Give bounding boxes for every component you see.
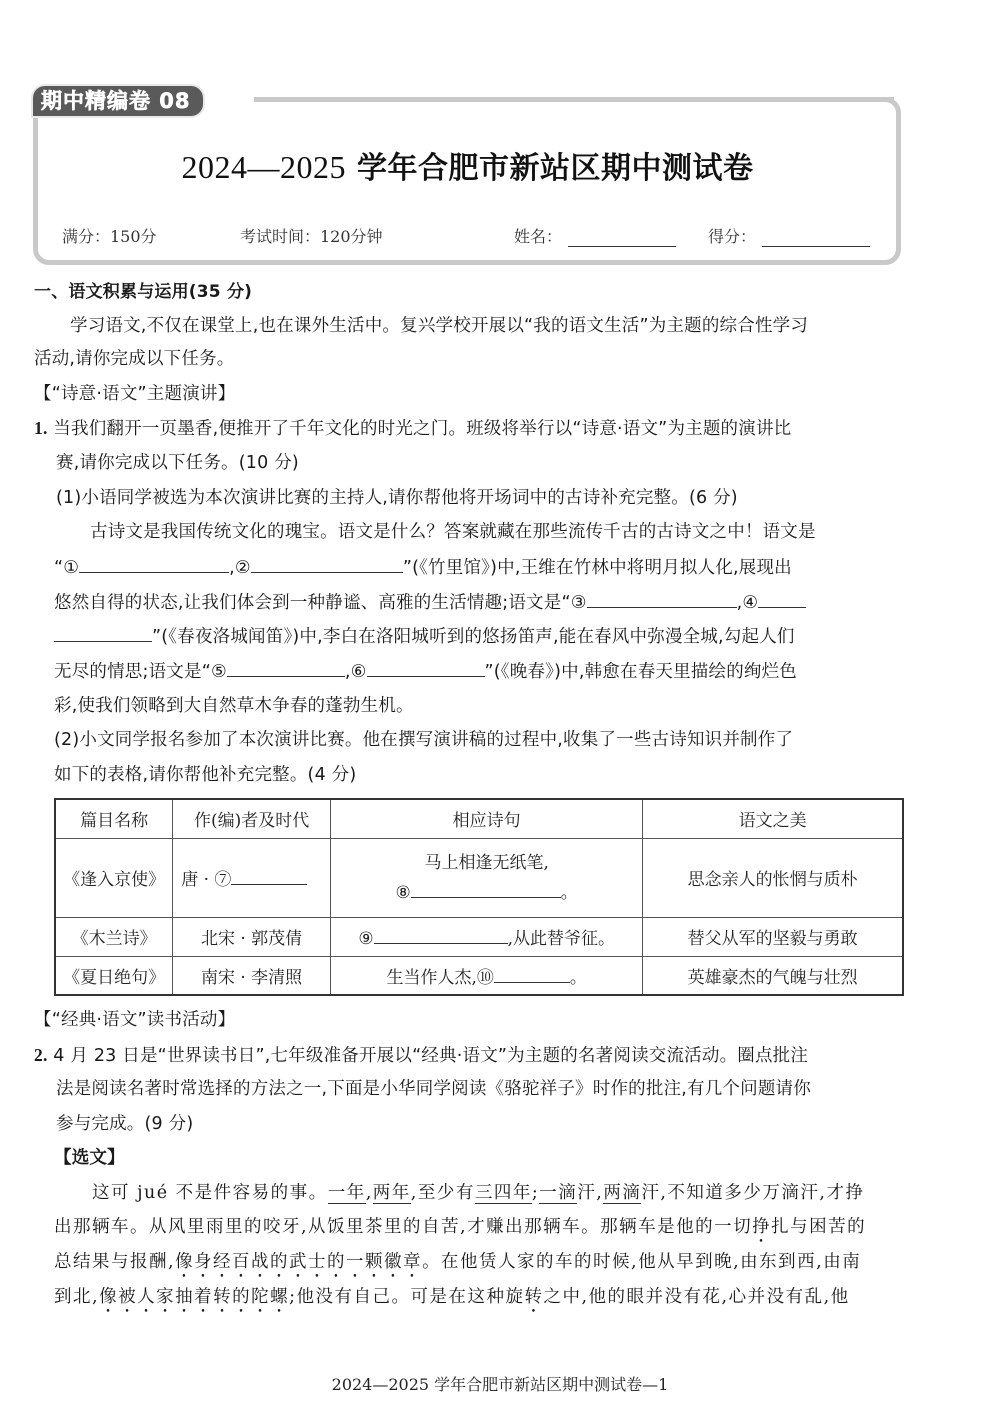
question-2-line-2: 法是阅读名著时常选择的方法之一,下面是小华同学阅读《骆驼祥子》时作的批注,有几个… (56, 1077, 811, 1101)
underlined-phrase: 三四年 (475, 1183, 532, 1204)
blank-1[interactable] (79, 555, 229, 573)
question-2-text: 4 月 23 日是“世界读书日”,七年级准备开展以“经典·语文”为主题的名著阅读… (48, 1046, 809, 1066)
excerpt-text: 之中,他的眼并没有花,心并没有乱,他 (543, 1287, 849, 1307)
blank-4-marker: ,④ (737, 593, 759, 613)
question-1: 1. 当我们翻开一页墨香,便推开了千年文化的时光之门。班级将举行以“诗意·语文”… (34, 416, 791, 441)
excerpt-line-4: 到北,像被人家抽着转的陀螺;他没有自己。可是在这种旋转之中,他的眼并没有花,心并… (54, 1285, 850, 1317)
score-field-row: 得分： (708, 224, 870, 247)
blank-8-marker: ⑧ (396, 883, 411, 903)
question-1-part-2-line-1: (2)小文同学报名参加了本次演讲比赛。他在撰写演讲稿的过程中,收集了一些古诗知识… (54, 728, 793, 752)
verse-line-1: 马上相逢无纸笔, (335, 848, 638, 878)
dotted-phrase: 像身经百战的武士的一颗徽章 (175, 1252, 422, 1272)
title-text: 学年合肥市新站区期中测试卷 (346, 151, 753, 186)
blank-9-marker: ⑨ (358, 929, 373, 949)
score-field[interactable] (762, 231, 870, 247)
blank-10-marker: 生当作人杰,⑩ (386, 968, 493, 988)
excerpt-text: , (366, 1183, 373, 1203)
name-field-row: 姓名： (514, 224, 676, 247)
excerpt-text: 总结果与报酬, (54, 1252, 175, 1272)
page-title: 2024—2025 学年合肥市新站区期中测试卷 (0, 143, 935, 187)
excerpt-line-3: 总结果与报酬,像身经百战的武士的一颗徽章。在他赁人家的车的时候,他从早到晚,由东… (54, 1250, 861, 1282)
exam-time: 考试时间：120分钟 (240, 224, 383, 247)
excerpt-text: 到北, (54, 1287, 99, 1307)
poem-author: 北宋 · 郭茂倩 (173, 917, 331, 956)
excerpt-text: 汗,不知道多少万滴汗,才挣 (641, 1183, 864, 1203)
poem-verse: 马上相逢无纸笔, ⑧。 (330, 838, 642, 917)
poem-title: 《逢入京使》 (55, 838, 173, 917)
blank-2-marker: ,② (229, 558, 251, 578)
question-number: 1. (34, 418, 48, 438)
underlined-phrase: 两滴 (603, 1183, 641, 1204)
poem-author: 唐 · ⑦ (173, 838, 331, 917)
intro-line-1: 学习语文,不仅在课堂上,也在课外生活中。复兴学校开展以“我的语文生活”为主题的综… (70, 314, 808, 338)
dotted-phrase: 像被人家抽着转的陀螺 (99, 1287, 289, 1307)
name-field[interactable] (568, 231, 676, 247)
question-1-line-2: 赛,请你完成以下任务。(10 分) (56, 451, 299, 475)
passage-line-6: 彩,使我们领略到大自然草木争春的蓬勃生机。 (54, 694, 414, 718)
blank-4-continued[interactable] (54, 624, 152, 642)
passage-line-3-text: 悠然自得的状态,让我们体会到一种静谧、高雅的生活情趣;语文是“③ (54, 593, 587, 613)
poem-beauty: 替父从军的坚毅与勇敢 (643, 917, 903, 956)
excerpt-text: ;他没有自己。可是在这种旋 (289, 1287, 524, 1307)
question-number: 2. (34, 1045, 48, 1065)
verse-period: 。 (570, 968, 587, 988)
passage-line-4: ”(《春夜洛城闻笛》)中,李白在洛阳城听到的悠扬笛声,能在春风中弥漫全城,勾起人… (54, 624, 795, 649)
underlined-phrase: 一年 (328, 1183, 366, 1204)
table-row: 《夏日绝句》 南宋 · 李清照 生当作人杰,⑩。 英雄豪杰的气魄与壮烈 (55, 956, 903, 995)
excerpt-text: ,至少有 (411, 1183, 475, 1203)
poem-table: 篇目名称 作(编)者及时代 相应诗句 语文之美 《逢入京使》 唐 · ⑦ 马上相… (54, 798, 904, 996)
excerpt-text: 汗, (577, 1183, 603, 1203)
passage-line-1: 古诗文是我国传统文化的瑰宝。语文是什么？答案就藏在那些流传千古的古诗文之中！语文… (90, 520, 816, 544)
poem-verse: 生当作人杰,⑩。 (330, 956, 642, 995)
blank-8[interactable] (411, 882, 561, 898)
excerpt-line-2: 出那辆车。从风里雨里的咬牙,从饭里茶里的自苦,才赚出那辆车。那辆车是他的一切挣扎… (54, 1215, 866, 1247)
verse-line-2: ⑧。 (335, 878, 638, 908)
subheading-poetry-speech: 【“诗意·语文”主题演讲】 (34, 382, 235, 406)
paper-series-tab: 期中精编卷 08 (33, 86, 203, 116)
table-header-verse: 相应诗句 (330, 799, 642, 838)
section-heading: 一、语文积累与运用(35 分) (34, 280, 252, 304)
blank-1-marker: “① (54, 558, 79, 578)
question-1-part-2-line-2: 如下的表格,请你帮他补充完整。(4 分) (54, 763, 356, 787)
question-1-part-1-prompt: (1)小语同学被选为本次演讲比赛的主持人,请你帮他将开场词中的古诗补充完整。(6… (56, 486, 738, 510)
blank-6[interactable] (367, 659, 485, 677)
blank-5[interactable] (227, 659, 345, 677)
poem-title: 《木兰诗》 (55, 917, 173, 956)
excerpt-text: 出那辆车。从风里雨里的咬牙,从饭里茶里的自苦,才赚出那辆车。那辆车是他的一切 (54, 1217, 752, 1237)
poem-author: 南宋 · 李清照 (173, 956, 331, 995)
subheading-reading-activity: 【“经典·语文”读书活动】 (34, 1008, 235, 1032)
dotted-word: 转 (524, 1287, 543, 1307)
verse-suffix: ,从此替爷征。 (508, 929, 615, 949)
question-2: 2. 4 月 23 日是“世界读书日”,七年级准备开展以“经典·语文”为主题的名… (34, 1043, 808, 1068)
table-header-title: 篇目名称 (55, 799, 173, 838)
verse-period: 。 (561, 883, 578, 903)
dotted-word: 挣 (752, 1217, 771, 1237)
score-label: 得分： (708, 227, 756, 246)
header-rule (254, 97, 894, 102)
excerpt-text: 。在他赁人家的车的时候,他从早到晚,由东到西,由南 (422, 1252, 861, 1272)
blank-9[interactable] (374, 928, 508, 944)
poem-beauty: 英雄豪杰的气魄与壮烈 (643, 956, 903, 995)
poem-verse: ⑨,从此替爷征。 (330, 917, 642, 956)
table-row: 《逢入京使》 唐 · ⑦ 马上相逢无纸笔, ⑧。 思念亲人的怅惘与质朴 (55, 838, 903, 917)
table-header-row: 篇目名称 作(编)者及时代 相应诗句 语文之美 (55, 799, 903, 838)
passage-line-2: “①,②”(《竹里馆》)中,王维在竹林中将明月拟人化,展现出 (54, 555, 792, 580)
excerpt-text: 扎与困苦的 (771, 1217, 866, 1237)
blank-10[interactable] (494, 967, 570, 983)
blank-7[interactable] (231, 869, 307, 885)
blank-2[interactable] (251, 555, 403, 573)
passage-line-5-tail: ”(《晚春》)中,韩愈在春天里描绘的绚烂色 (485, 662, 797, 682)
poem-title: 《夏日绝句》 (55, 956, 173, 995)
blank-6-marker: ,⑥ (345, 662, 367, 682)
title-year: 2024—2025 (182, 149, 347, 185)
table-header-author: 作(编)者及时代 (173, 799, 331, 838)
blank-4-start[interactable] (758, 590, 806, 608)
name-label: 姓名： (514, 227, 562, 246)
question-2-line-3: 参与完成。(9 分) (56, 1112, 193, 1136)
author-prefix: 唐 · ⑦ (181, 870, 231, 890)
passage-line-2-text: ”(《竹里馆》)中,王维在竹林中将明月拟人化,展现出 (403, 558, 792, 578)
poem-beauty: 思念亲人的怅惘与质朴 (643, 838, 903, 917)
blank-3[interactable] (587, 590, 737, 608)
intro-line-2: 活动,请你完成以下任务。 (34, 347, 234, 371)
excerpt-text: 这可 jué 不是件容易的事。 (92, 1183, 328, 1203)
passage-line-4-text: ”(《春夜洛城闻笛》)中,李白在洛阳城听到的悠扬笛声,能在春风中弥漫全城,勾起人… (152, 627, 795, 647)
underlined-phrase: 两年 (373, 1183, 411, 1204)
passage-line-5-text: 无尽的情思;语文是“⑤ (54, 662, 227, 682)
passage-line-3: 悠然自得的状态,让我们体会到一种静谧、高雅的生活情趣;语文是“③,④ (54, 590, 806, 615)
table-row: 《木兰诗》 北宋 · 郭茂倩 ⑨,从此替爷征。 替父从军的坚毅与勇敢 (55, 917, 903, 956)
full-score: 满分：150分 (62, 224, 157, 247)
underlined-phrase: 一滴 (539, 1183, 577, 1204)
question-1-text: 当我们翻开一页墨香,便推开了千年文化的时光之门。班级将举行以“诗意·语文”为主题… (48, 419, 792, 439)
page-footer: 2024—2025 学年合肥市新站区期中测试卷—1 (0, 1372, 1000, 1395)
excerpt-label: 【选文】 (54, 1146, 125, 1170)
excerpt-line-1: 这可 jué 不是件容易的事。一年,两年,至少有三四年;一滴汗,两滴汗,不知道多… (92, 1181, 864, 1205)
table-header-beauty: 语文之美 (643, 799, 903, 838)
passage-line-5: 无尽的情思;语文是“⑤,⑥”(《晚春》)中,韩愈在春天里描绘的绚烂色 (54, 659, 797, 684)
